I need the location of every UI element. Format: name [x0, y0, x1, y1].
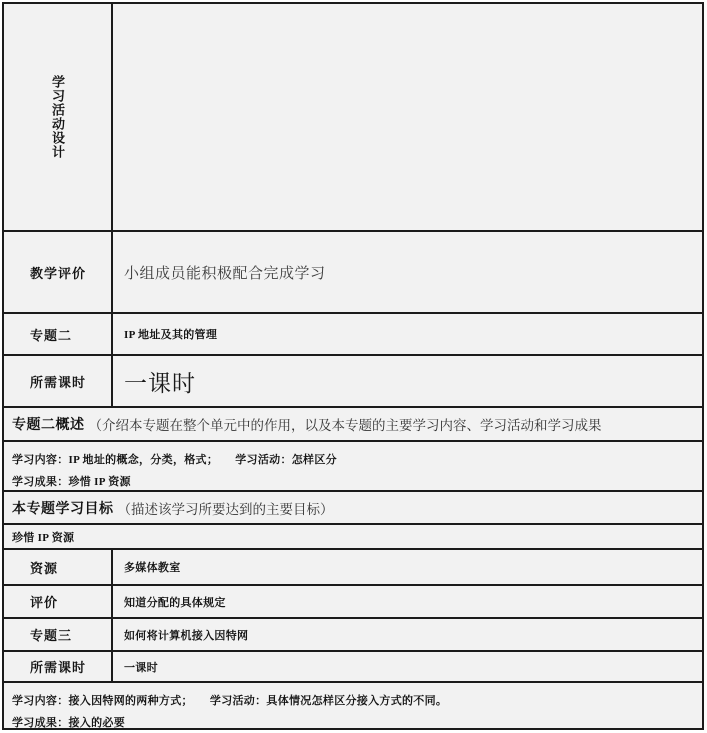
- evaluation2-header-cell: 评价: [4, 586, 113, 617]
- lesson-plan-table: 学习活动设计 教学评价 小组成员能积极配合完成学习 专题二 IP 地址及其的管理…: [2, 2, 704, 730]
- row-resource: 资源 多媒体教室: [4, 550, 702, 586]
- row-topic2: 专题二 IP 地址及其的管理: [4, 314, 702, 356]
- topic3-header-cell: 专题三: [4, 619, 113, 650]
- evaluation2-text: 知道分配的具体规定: [124, 594, 226, 610]
- topic2-content-line: 学习内容：IP 地址的概念，分类，格式； 学习活动：怎样区分: [12, 449, 702, 471]
- topic2-hours-text: 一课时: [124, 365, 196, 398]
- topic2-hours-value-cell: 一课时: [113, 356, 702, 406]
- topic3-title-text: 如何将计算机接入因特网: [124, 627, 248, 643]
- activity-design-label: 学习活动设计: [48, 75, 67, 159]
- row-evaluation2: 评价 知道分配的具体规定: [4, 586, 702, 619]
- teaching-evaluation-text: 小组成员能积极配合完成学习: [124, 262, 326, 283]
- topic2-hours-header-cell: 所需课时: [4, 356, 113, 406]
- topic2-overview-title: 专题二概述: [12, 414, 85, 434]
- row-topic3-detail: 学习内容：接入因特网的两种方式； 学习活动：具体情况怎样区分接入方式的不同。 学…: [4, 683, 702, 730]
- resource-header-cell: 资源: [4, 550, 113, 584]
- activity-design-value-cell: [113, 4, 702, 230]
- topic2-result-line: 学习成果：珍惜 IP 资源: [12, 471, 702, 492]
- topic3-content-line: 学习内容：接入因特网的两种方式； 学习活动：具体情况怎样区分接入方式的不同。: [12, 690, 702, 712]
- row-activity-design: 学习活动设计: [4, 4, 702, 232]
- teaching-evaluation-header-cell: 教学评价: [4, 232, 113, 312]
- row-topic2-detail: 学习内容：IP 地址的概念，分类，格式； 学习活动：怎样区分 学习成果：珍惜 I…: [4, 442, 702, 492]
- topic3-hours-value-cell: 一课时: [113, 652, 702, 681]
- row-teaching-evaluation: 教学评价 小组成员能积极配合完成学习: [4, 232, 702, 314]
- row-topic3: 专题三 如何将计算机接入因特网: [4, 619, 702, 652]
- row-topic3-hours: 所需课时 一课时: [4, 652, 702, 683]
- row-topic2-hours: 所需课时 一课时: [4, 356, 702, 408]
- topic3-result-line: 学习成果：接入的必要: [12, 712, 702, 730]
- teaching-evaluation-value-cell: 小组成员能积极配合完成学习: [113, 232, 702, 312]
- learning-goal-title: 本专题学习目标: [12, 498, 114, 518]
- learning-goal-text: 珍惜 IP 资源: [12, 529, 74, 545]
- topic2-header-cell: 专题二: [4, 314, 113, 354]
- activity-design-header-cell: 学习活动设计: [4, 4, 113, 230]
- row-topic2-overview: 专题二概述 （介绍本专题在整个单元中的作用，以及本专题的主要学习内容、学习活动和…: [4, 408, 702, 442]
- learning-goal-desc: （描述该学习所要达到的主要目标）: [118, 498, 334, 518]
- topic3-hours-text: 一课时: [124, 659, 158, 675]
- topic3-hours-header-cell: 所需课时: [4, 652, 113, 681]
- topic2-overview-desc: （介绍本专题在整个单元中的作用，以及本专题的主要学习内容、学习活动和学习成果: [89, 414, 602, 434]
- document-page: 学习活动设计 教学评价 小组成员能积极配合完成学习 专题二 IP 地址及其的管理…: [0, 0, 707, 733]
- resource-text: 多媒体教室: [124, 559, 181, 575]
- evaluation2-value-cell: 知道分配的具体规定: [113, 586, 702, 617]
- resource-value-cell: 多媒体教室: [113, 550, 702, 584]
- topic2-value-cell: IP 地址及其的管理: [113, 314, 702, 354]
- row-learning-goal-value: 珍惜 IP 资源: [4, 525, 702, 550]
- row-learning-goal-header: 本专题学习目标 （描述该学习所要达到的主要目标）: [4, 492, 702, 525]
- topic3-value-cell: 如何将计算机接入因特网: [113, 619, 702, 650]
- topic2-title-text: IP 地址及其的管理: [124, 326, 217, 342]
